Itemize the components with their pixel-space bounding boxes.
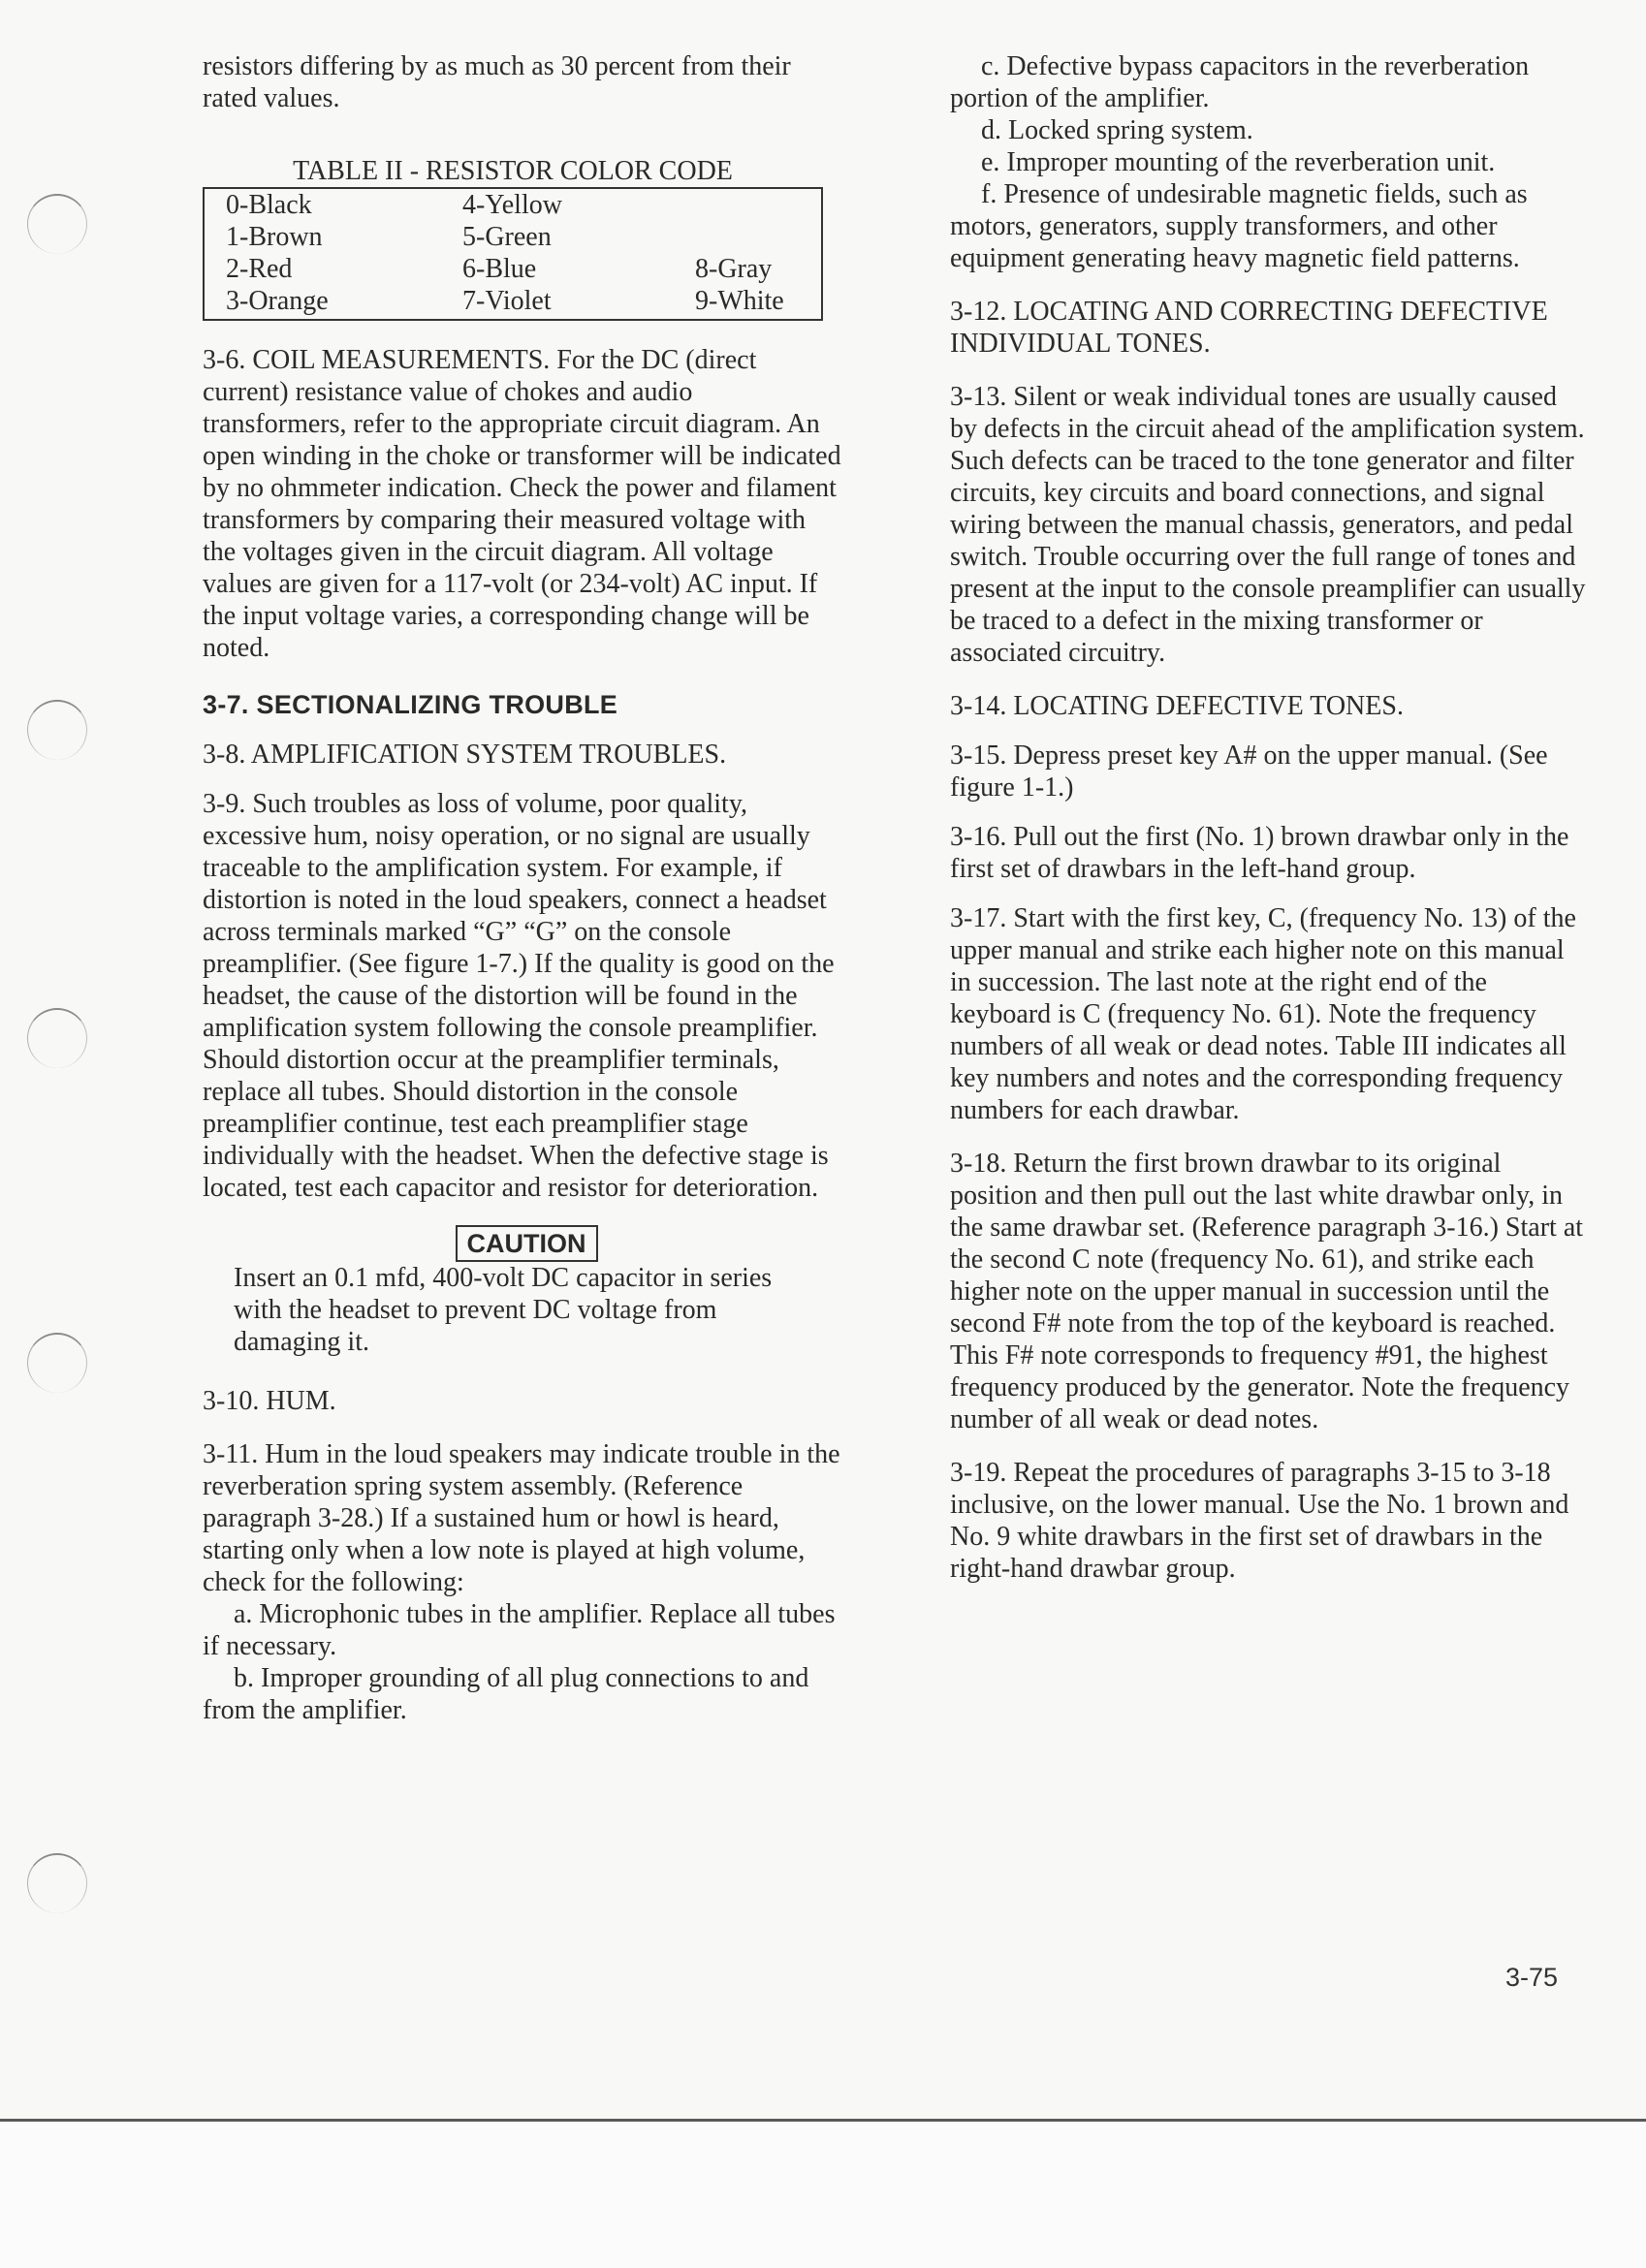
table-cell: 5-Green <box>462 221 695 253</box>
paragraph-3-17: 3-17. Start with the first key, C, (freq… <box>950 902 1590 1126</box>
caution-text: Insert an 0.1 mfd, 400-volt DC capacitor… <box>203 1262 842 1358</box>
page-number: 3-75 <box>1505 1963 1558 1993</box>
table-cell: 4-Yellow <box>462 189 695 221</box>
table-cell: 9-White <box>695 285 821 317</box>
section-heading-3-7: 3-7. SECTIONALIZING TROUBLE <box>203 689 842 721</box>
left-column: resistors differing by as much as 30 per… <box>203 50 842 1726</box>
paragraph-3-16: 3-16. Pull out the first (No. 1) brown d… <box>950 821 1590 885</box>
intro-text: resistors differing by as much as 30 per… <box>203 50 842 114</box>
paragraph-3-13: 3-13. Silent or weak individual tones ar… <box>950 381 1590 669</box>
binder-hole-mark <box>27 1008 87 1068</box>
table-cell: 2-Red <box>205 253 462 285</box>
table-cell: 1-Brown <box>205 221 462 253</box>
paragraph-3-19: 3-19. Repeat the procedures of paragraph… <box>950 1457 1590 1585</box>
scanner-background <box>0 2122 1646 2268</box>
heading-3-10: 3-10. HUM. <box>203 1385 842 1417</box>
heading-3-12: 3-12. LOCATING AND CORRECTING DEFECTIVE … <box>950 296 1590 360</box>
list-item-b: b. Improper grounding of all plug connec… <box>203 1662 842 1726</box>
table-cell <box>695 221 821 253</box>
paragraph-3-9: 3-9. Such troubles as loss of volume, po… <box>203 788 842 1204</box>
list-item-c: c. Defective bypass capacitors in the re… <box>950 50 1590 114</box>
table-cell: 6-Blue <box>462 253 695 285</box>
list-item-d: d. Locked spring system. <box>950 114 1590 146</box>
heading-3-14: 3-14. LOCATING DEFECTIVE TONES. <box>950 690 1590 722</box>
table-cell <box>695 189 821 221</box>
binder-hole-mark <box>27 1853 87 1913</box>
table-title: TABLE II - RESISTOR COLOR CODE <box>203 155 823 187</box>
list-item-a: a. Microphonic tubes in the amplifier. R… <box>203 1598 842 1662</box>
paragraph-3-6: 3-6. COIL MEASUREMENTS. For the DC (dire… <box>203 344 842 664</box>
paragraph-3-15: 3-15. Depress preset key A# on the upper… <box>950 740 1590 803</box>
caution-note: CAUTION <box>203 1225 842 1262</box>
caution-label: CAUTION <box>456 1225 598 1262</box>
heading-3-8: 3-8. AMPLIFICATION SYSTEM TROUBLES. <box>203 739 842 771</box>
right-column: c. Defective bypass capacitors in the re… <box>950 50 1590 1585</box>
table-cell: 8-Gray <box>695 253 821 285</box>
resistor-color-code-table: 0-Black 4-Yellow 1-Brown 5-Green 2-Red 6… <box>203 187 823 321</box>
scanned-page: resistors differing by as much as 30 per… <box>0 0 1646 2119</box>
binder-hole-mark <box>27 1333 87 1393</box>
paragraph-3-11: 3-11. Hum in the loud speakers may indic… <box>203 1438 842 1598</box>
binder-hole-mark <box>27 700 87 760</box>
table-cell: 3-Orange <box>205 285 462 317</box>
paragraph-3-18: 3-18. Return the first brown drawbar to … <box>950 1148 1590 1435</box>
list-item-f: f. Presence of undesirable magnetic fiel… <box>950 178 1590 274</box>
table-cell: 0-Black <box>205 189 462 221</box>
table-cell: 7-Violet <box>462 285 695 317</box>
binder-hole-mark <box>27 194 87 254</box>
list-item-e: e. Improper mounting of the reverberatio… <box>950 146 1590 178</box>
